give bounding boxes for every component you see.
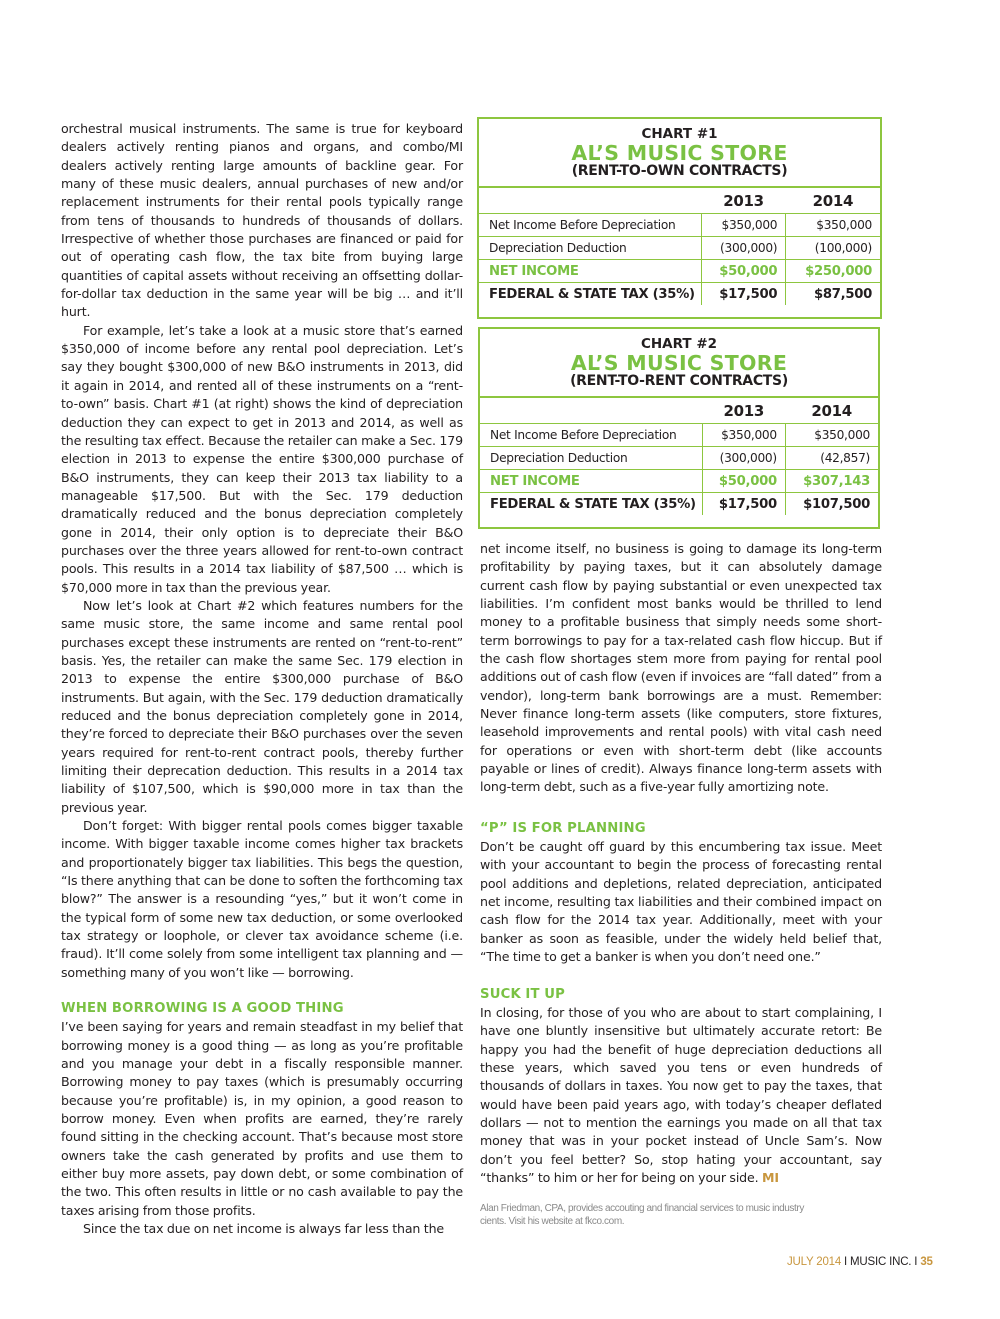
cell-value: $17,500 [701, 283, 786, 306]
chart-2-header: CHART #2 AL’S MUSIC STORE (RENT-TO-RENT … [480, 329, 878, 398]
cell-value: $350,000 [786, 214, 880, 237]
cell-value: (300,000) [702, 447, 785, 470]
folio-month: JULY 2014 [787, 1256, 841, 1268]
column-header [479, 188, 701, 214]
subhead-borrowing: WHEN BORROWING IS A GOOD THING [61, 1000, 463, 1018]
cell-value: $307,143 [785, 470, 878, 493]
row-label: Depreciation Deduction [479, 237, 701, 260]
table-header-row: 2013 2014 [479, 188, 880, 214]
body-paragraph: Don’t forget: With bigger rental pools c… [61, 817, 463, 982]
column-header: 2013 [702, 398, 785, 424]
row-label: NET INCOME [480, 470, 702, 493]
cell-value: $17,500 [702, 493, 785, 516]
table-row: Net Income Before Depreciation $350,000 … [480, 424, 878, 447]
cell-value: $107,500 [785, 493, 878, 516]
cell-value: $87,500 [786, 283, 880, 306]
row-label: Net Income Before Depreciation [480, 424, 702, 447]
subhead-suck-it-up: SUCK IT UP [480, 986, 882, 1004]
page-folio: JULY 2014 I MUSIC INC. I 35 [787, 1256, 933, 1268]
author-bio: Alan Friedman, CPA, provides accouting a… [480, 1203, 810, 1228]
chart-1-subtitle: (RENT-TO-OWN CONTRACTS) [479, 164, 880, 179]
column-header: 2014 [785, 398, 878, 424]
chart-1-table-box: CHART #1 AL’S MUSIC STORE (RENT-TO-OWN C… [477, 117, 882, 319]
table-header-row: 2013 2014 [480, 398, 878, 424]
chart-2-subtitle: (RENT-TO-RENT CONTRACTS) [480, 374, 878, 389]
folio-separator: I [911, 1256, 920, 1268]
table-row: Depreciation Deduction (300,000) (42,857… [480, 447, 878, 470]
row-label: Net Income Before Depreciation [479, 214, 701, 237]
chart-1-label: CHART #1 [479, 126, 880, 142]
table-row-tax: FEDERAL & STATE TAX (35%) $17,500 $107,5… [480, 493, 878, 516]
page-number: 35 [920, 1256, 932, 1268]
cell-value: $350,000 [702, 424, 785, 447]
chart-2-table-box: CHART #2 AL’S MUSIC STORE (RENT-TO-RENT … [478, 327, 880, 529]
body-paragraph: I’ve been saying for years and remain st… [61, 1018, 463, 1220]
right-column-continuation: net income itself, no business is going … [480, 540, 882, 797]
cell-value: (100,000) [786, 237, 880, 260]
table-row: Net Income Before Depreciation $350,000 … [479, 214, 880, 237]
section-gap [61, 982, 463, 1000]
chart-2-label: CHART #2 [480, 336, 878, 352]
column-header: 2013 [701, 188, 786, 214]
row-label: FEDERAL & STATE TAX (35%) [480, 493, 702, 516]
table-row-net-income: NET INCOME $50,000 $250,000 [479, 260, 880, 283]
cell-value: (300,000) [701, 237, 786, 260]
section-suck-it-up: SUCK IT UP In closing, for those of you … [480, 986, 882, 1187]
row-label: Depreciation Deduction [480, 447, 702, 470]
section-planning: “P” IS FOR PLANNING Don’t be caught off … [480, 820, 882, 966]
chart-2-table: 2013 2014 Net Income Before Depreciation… [480, 398, 878, 515]
cell-value: $350,000 [785, 424, 878, 447]
body-paragraph: Now let’s look at Chart #2 which feature… [61, 597, 463, 817]
cell-value: $50,000 [702, 470, 785, 493]
body-paragraph: Since the tax due on net income is alway… [61, 1220, 463, 1238]
table-row: Depreciation Deduction (300,000) (100,00… [479, 237, 880, 260]
folio-publication: MUSIC INC. [850, 1256, 911, 1268]
folio-separator: I [841, 1256, 850, 1268]
cell-value: $350,000 [701, 214, 786, 237]
cell-value: $250,000 [786, 260, 880, 283]
body-paragraph: Don’t be caught off guard by this encumb… [480, 838, 882, 966]
closing-text: In closing, for those of you who are abo… [480, 1005, 882, 1185]
row-label: FEDERAL & STATE TAX (35%) [479, 283, 701, 306]
row-label: NET INCOME [479, 260, 701, 283]
table-row-tax: FEDERAL & STATE TAX (35%) $17,500 $87,50… [479, 283, 880, 306]
left-column: orchestral musical instruments. The same… [61, 120, 463, 1238]
table-row-net-income: NET INCOME $50,000 $307,143 [480, 470, 878, 493]
cell-value: (42,857) [785, 447, 878, 470]
column-header: 2014 [786, 188, 880, 214]
chart-2-title: AL’S MUSIC STORE [480, 352, 878, 374]
body-paragraph: In closing, for those of you who are abo… [480, 1004, 882, 1187]
cell-value: $50,000 [701, 260, 786, 283]
chart-1-title: AL’S MUSIC STORE [479, 142, 880, 164]
body-paragraph: orchestral musical instruments. The same… [61, 120, 463, 322]
end-mark: MI [762, 1170, 779, 1185]
subhead-planning: “P” IS FOR PLANNING [480, 820, 882, 838]
column-header [480, 398, 702, 424]
chart-1-header: CHART #1 AL’S MUSIC STORE (RENT-TO-OWN C… [479, 119, 880, 188]
body-paragraph: net income itself, no business is going … [480, 540, 882, 797]
body-paragraph: For example, let’s take a look at a musi… [61, 322, 463, 597]
chart-1-table: 2013 2014 Net Income Before Depreciation… [479, 188, 880, 305]
